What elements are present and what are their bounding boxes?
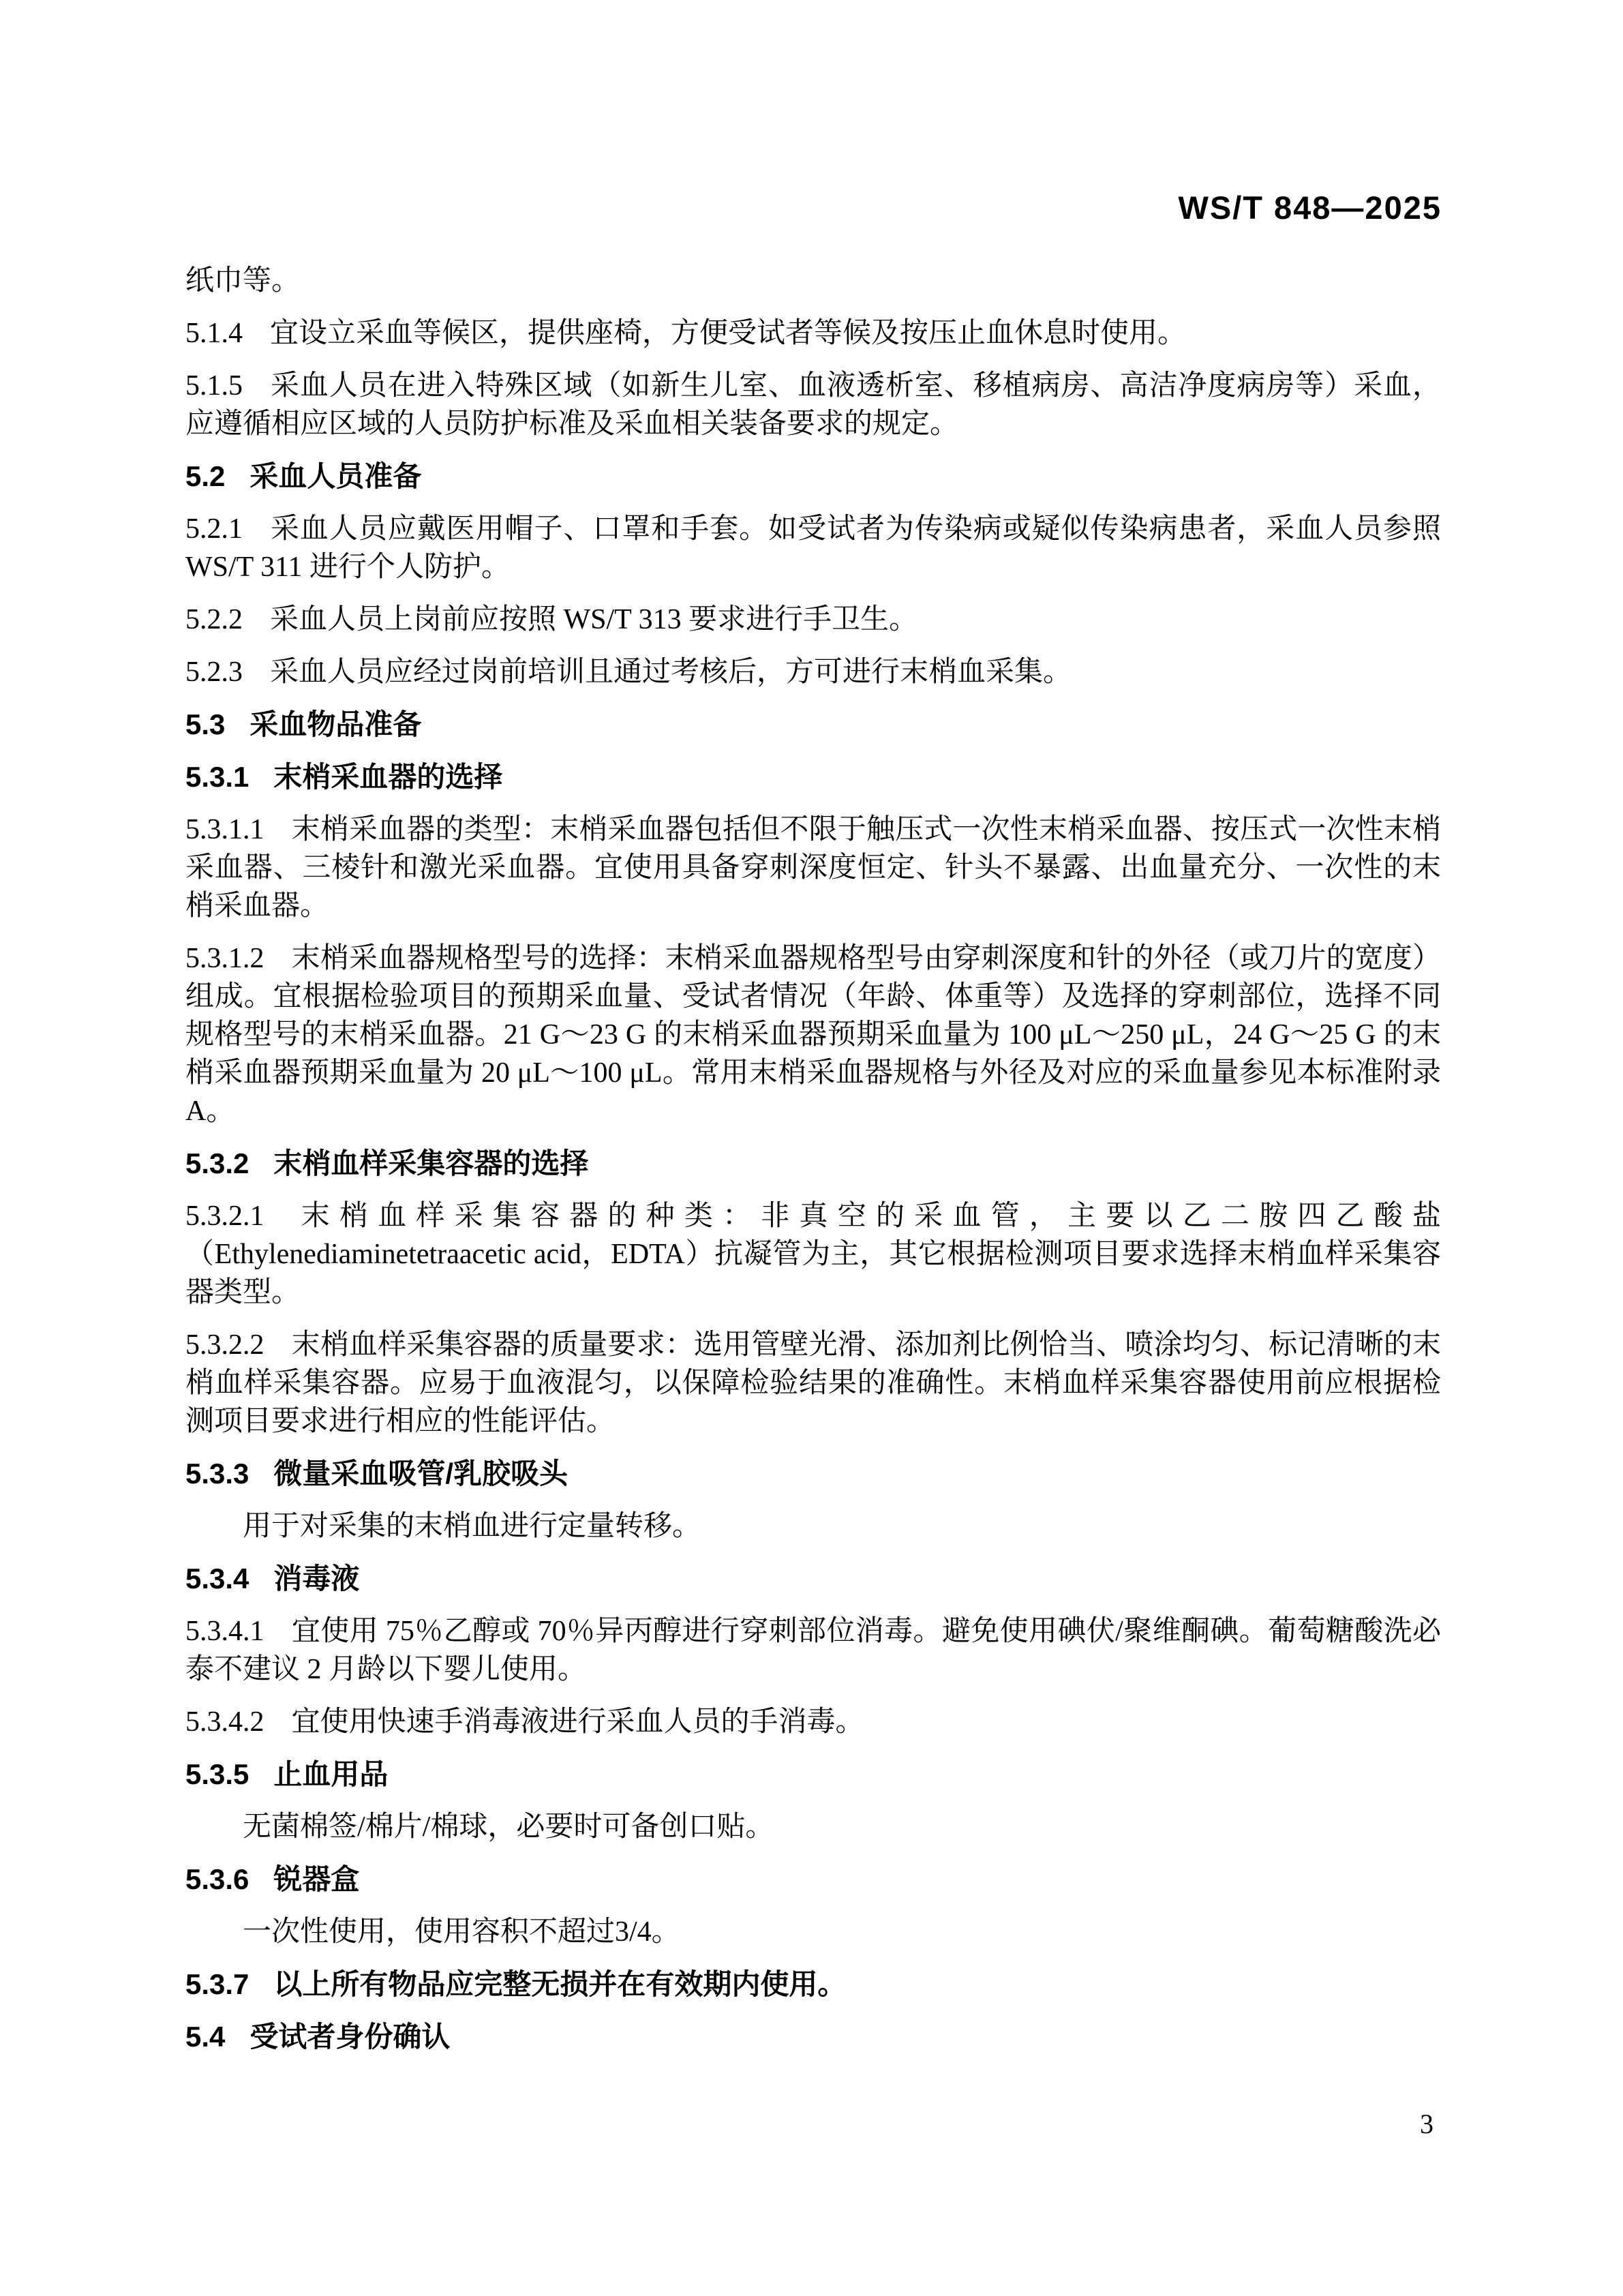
clause-number: 5.1.4 bbox=[185, 314, 243, 352]
clause-number: 5.2.2 bbox=[185, 601, 243, 639]
paragraph-text: 末梢血样采集容器的选择 bbox=[273, 1147, 588, 1179]
paragraph-text: 宜设立采血等候区，提供座椅，方便受试者等候及按压止血休息时使用。 bbox=[270, 318, 1186, 349]
body-paragraph: 纸巾等。 bbox=[185, 262, 1441, 300]
paragraph-text: 一次性使用，使用容积不超过3/4。 bbox=[243, 1916, 680, 1948]
body-paragraph: 一次性使用，使用容积不超过3/4。 bbox=[185, 1913, 1441, 1951]
clause-number: 5.3.2.2 bbox=[185, 1326, 264, 1364]
clause-paragraph-5.3.1.2: 5.3.1.2末梢采血器规格型号的选择：末梢采血器规格型号由穿刺深度和针的外径（… bbox=[185, 939, 1441, 1130]
clause-paragraph-5.3.4.2: 5.3.4.2宜使用快速手消毒液进行采血人员的手消毒。 bbox=[185, 1703, 1441, 1741]
section-heading-5.3.3: 5.3.3微量采血吸管/乳胶吸头 bbox=[185, 1455, 1441, 1493]
clause-number: 5.3 bbox=[185, 706, 225, 744]
standard-code-header: WS/T 848—2025 bbox=[185, 188, 1442, 228]
paragraph-text: 无菌棉签/棉片/棉球，必要时可备创口贴。 bbox=[243, 1811, 774, 1843]
paragraph-text: 末梢采血器的选择 bbox=[273, 761, 502, 793]
section-heading-5.3.4: 5.3.4消毒液 bbox=[185, 1560, 1441, 1598]
paragraph-text: 微量采血吸管/乳胶吸头 bbox=[273, 1457, 568, 1490]
clause-number: 5.3.4.2 bbox=[185, 1703, 264, 1741]
paragraph-text: 末梢血样采集容器的质量要求：选用管壁光滑、添加剂比例恰当、喷涂均匀、标记清晰的末… bbox=[185, 1329, 1441, 1437]
paragraph-text: 采血人员应经过岗前培训且通过考核后，方可进行末梢血采集。 bbox=[270, 656, 1072, 688]
paragraph-text: 采血人员应戴医用帽子、口罩和手套。如受试者为传染病或疑似传染病患者，采血人员参照… bbox=[185, 513, 1441, 583]
clause-number: 5.2.1 bbox=[185, 510, 243, 548]
paragraph-text: 锐器盒 bbox=[273, 1863, 359, 1895]
section-heading-5.4: 5.4受试者身份确认 bbox=[185, 2018, 1441, 2056]
clause-paragraph-5.1.5: 5.1.5采血人员在进入特殊区域（如新生儿室、血液透析室、移植病房、高洁净度病房… bbox=[185, 367, 1441, 443]
clause-number: 5.3.4.1 bbox=[185, 1612, 264, 1650]
clause-number: 5.1.5 bbox=[185, 367, 243, 405]
paragraph-text: 采血人员上岗前应按照 WS/T 313 要求进行手卫生。 bbox=[270, 604, 917, 635]
clause-number: 5.3.7 bbox=[185, 1965, 249, 2004]
paragraph-text: 用于对采集的末梢血进行定量转移。 bbox=[243, 1511, 701, 1542]
paragraph-text: 宜使用 75％乙醇或 70％异丙醇进行穿刺部位消毒。避免使用碘伏/聚维酮碘。葡萄… bbox=[185, 1616, 1441, 1685]
paragraph-text: 采血人员准备 bbox=[249, 460, 421, 492]
clause-number: 5.3.6 bbox=[185, 1860, 249, 1899]
clause-number: 5.3.1 bbox=[185, 758, 249, 796]
paragraph-text: 以上所有物品应完整无损并在有效期内使用。 bbox=[273, 1968, 846, 2000]
clause-paragraph-5.2.3: 5.2.3采血人员应经过岗前培训且通过考核后，方可进行末梢血采集。 bbox=[185, 653, 1441, 691]
paragraph-text: 采血物品准备 bbox=[249, 708, 421, 740]
clause-number: 5.3.2 bbox=[185, 1145, 249, 1183]
paragraph-text: 末梢采血器的类型：末梢采血器包括但不限于触压式一次性末梢采血器、按压式一次性末梢… bbox=[185, 814, 1441, 922]
paragraph-text: 消毒液 bbox=[273, 1562, 359, 1595]
section-heading-5.3.7: 5.3.7以上所有物品应完整无损并在有效期内使用。 bbox=[185, 1965, 1441, 2004]
section-heading-5.3.5: 5.3.5止血用品 bbox=[185, 1755, 1441, 1794]
paragraph-text: 受试者身份确认 bbox=[249, 2021, 450, 2053]
paragraph-text: 宜使用快速手消毒液进行采血人员的手消毒。 bbox=[292, 1706, 864, 1738]
clause-number: 5.2.3 bbox=[185, 653, 243, 691]
section-heading-5.3.1: 5.3.1末梢采血器的选择 bbox=[185, 758, 1441, 796]
clause-paragraph-5.3.2.1: 5.3.2.1末梢血样采集容器的种类：非真空的采血管，主要以乙二胺四乙酸盐（Et… bbox=[185, 1197, 1441, 1312]
page-number: 3 bbox=[185, 2108, 1434, 2141]
document-page: WS/T 848—2025 纸巾等。5.1.4宜设立采血等候区，提供座椅，方便受… bbox=[0, 0, 1623, 2296]
clause-number: 5.3.5 bbox=[185, 1755, 249, 1794]
paragraph-text: 纸巾等。 bbox=[185, 265, 300, 297]
clause-paragraph-5.2.1: 5.2.1采血人员应戴医用帽子、口罩和手套。如受试者为传染病或疑似传染病患者，采… bbox=[185, 510, 1441, 586]
clause-number: 5.3.1.2 bbox=[185, 939, 264, 978]
paragraph-text: 止血用品 bbox=[273, 1758, 388, 1790]
section-heading-5.2: 5.2采血人员准备 bbox=[185, 457, 1441, 496]
clause-number: 5.4 bbox=[185, 2018, 225, 2056]
section-heading-5.3.6: 5.3.6锐器盒 bbox=[185, 1860, 1441, 1899]
clause-number: 5.3.4 bbox=[185, 1560, 249, 1598]
body-paragraph: 用于对采集的末梢血进行定量转移。 bbox=[185, 1507, 1441, 1545]
paragraph-text: 采血人员在进入特殊区域（如新生儿室、血液透析室、移植病房、高洁净度病房等）采血，… bbox=[185, 370, 1441, 440]
section-heading-5.3: 5.3采血物品准备 bbox=[185, 706, 1441, 744]
clause-number: 5.3.1.1 bbox=[185, 811, 264, 849]
clause-paragraph-5.1.4: 5.1.4宜设立采血等候区，提供座椅，方便受试者等候及按压止血休息时使用。 bbox=[185, 314, 1441, 352]
clause-paragraph-5.2.2: 5.2.2采血人员上岗前应按照 WS/T 313 要求进行手卫生。 bbox=[185, 601, 1441, 639]
paragraph-text: 末梢血样采集容器的种类：非真空的采血管，主要以乙二胺四乙酸盐（Ethylened… bbox=[185, 1200, 1441, 1308]
body-paragraph: 无菌棉签/棉片/棉球，必要时可备创口贴。 bbox=[185, 1808, 1441, 1846]
document-body: 纸巾等。5.1.4宜设立采血等候区，提供座椅，方便受试者等候及按压止血休息时使用… bbox=[185, 262, 1441, 2070]
clause-number: 5.3.3 bbox=[185, 1455, 249, 1493]
clause-number: 5.2 bbox=[185, 457, 225, 496]
clause-paragraph-5.3.4.1: 5.3.4.1宜使用 75％乙醇或 70％异丙醇进行穿刺部位消毒。避免使用碘伏/… bbox=[185, 1612, 1441, 1689]
clause-paragraph-5.3.2.2: 5.3.2.2末梢血样采集容器的质量要求：选用管壁光滑、添加剂比例恰当、喷涂均匀… bbox=[185, 1326, 1441, 1440]
clause-paragraph-5.3.1.1: 5.3.1.1末梢采血器的类型：末梢采血器包括但不限于触压式一次性末梢采血器、按… bbox=[185, 811, 1441, 925]
paragraph-text: 末梢采血器规格型号的选择：末梢采血器规格型号由穿刺深度和针的外径（或刀片的宽度）… bbox=[185, 943, 1441, 1127]
clause-number: 5.3.2.1 bbox=[185, 1197, 264, 1235]
section-heading-5.3.2: 5.3.2末梢血样采集容器的选择 bbox=[185, 1145, 1441, 1183]
